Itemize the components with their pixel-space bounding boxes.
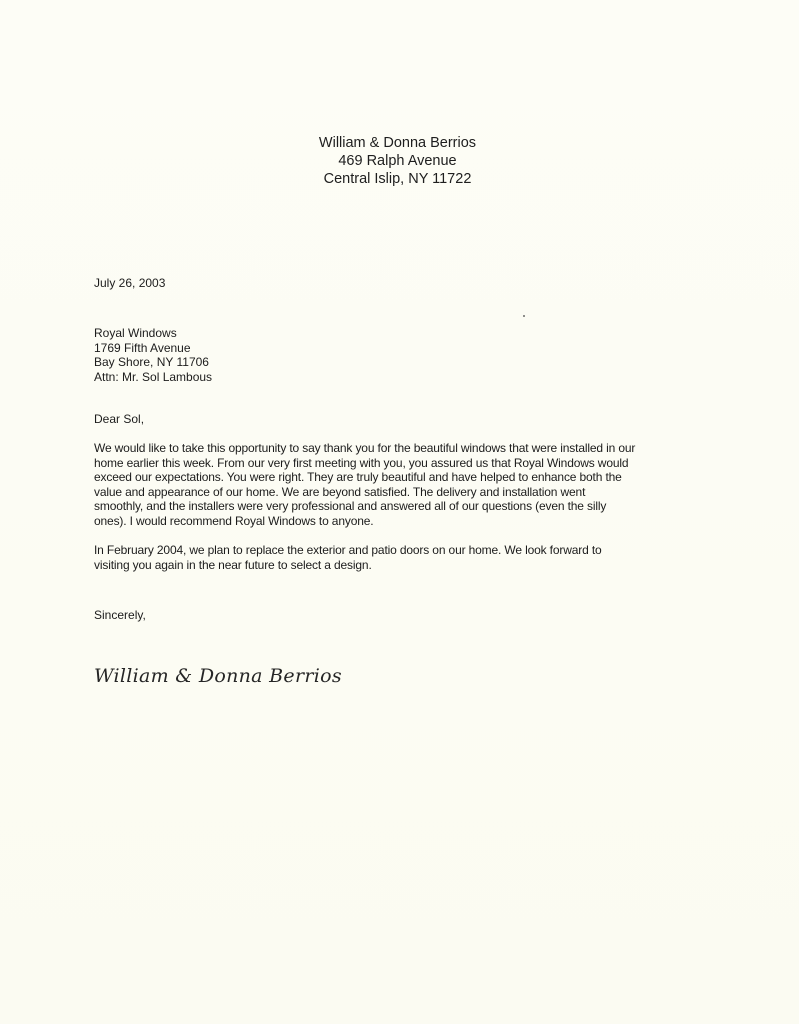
paragraph-line: exceed our expectations. You were right.…: [94, 470, 724, 485]
paragraph-line: value and appearance of our home. We are…: [94, 485, 724, 500]
letterhead: William & Donna Berrios 469 Ralph Avenue…: [0, 134, 799, 188]
recipient-city: Bay Shore, NY 11706: [94, 355, 212, 370]
sender-street: 469 Ralph Avenue: [0, 152, 797, 170]
paragraph-line: We would like to take this opportunity t…: [94, 441, 724, 456]
recipient-company: Royal Windows: [94, 326, 212, 341]
closing: Sincerely,: [94, 608, 146, 623]
paragraph-line: In February 2004, we plan to replace the…: [94, 543, 724, 558]
letter-date: July 26, 2003: [94, 276, 165, 291]
paragraph-line: ones). I would recommend Royal Windows t…: [94, 514, 724, 529]
recipient-attention: Attn: Mr. Sol Lambous: [94, 370, 212, 385]
letter-page: William & Donna Berrios 469 Ralph Avenue…: [0, 0, 799, 1024]
salutation: Dear Sol,: [94, 412, 144, 427]
recipient-street: 1769 Fifth Avenue: [94, 341, 212, 356]
recipient-address: Royal Windows 1769 Fifth Avenue Bay Shor…: [94, 326, 212, 384]
sender-name: William & Donna Berrios: [0, 134, 797, 152]
paragraph-line: smoothly, and the installers were very p…: [94, 499, 724, 514]
paragraph-line: home earlier this week. From our very fi…: [94, 456, 724, 471]
signature: William & Donna Berrios: [94, 664, 342, 688]
paragraph-line: visiting you again in the near future to…: [94, 558, 724, 573]
body-paragraph-2: In February 2004, we plan to replace the…: [94, 543, 724, 572]
sender-city: Central Islip, NY 11722: [0, 170, 797, 188]
body-paragraph-1: We would like to take this opportunity t…: [94, 441, 724, 528]
paper-speck: [523, 315, 525, 317]
